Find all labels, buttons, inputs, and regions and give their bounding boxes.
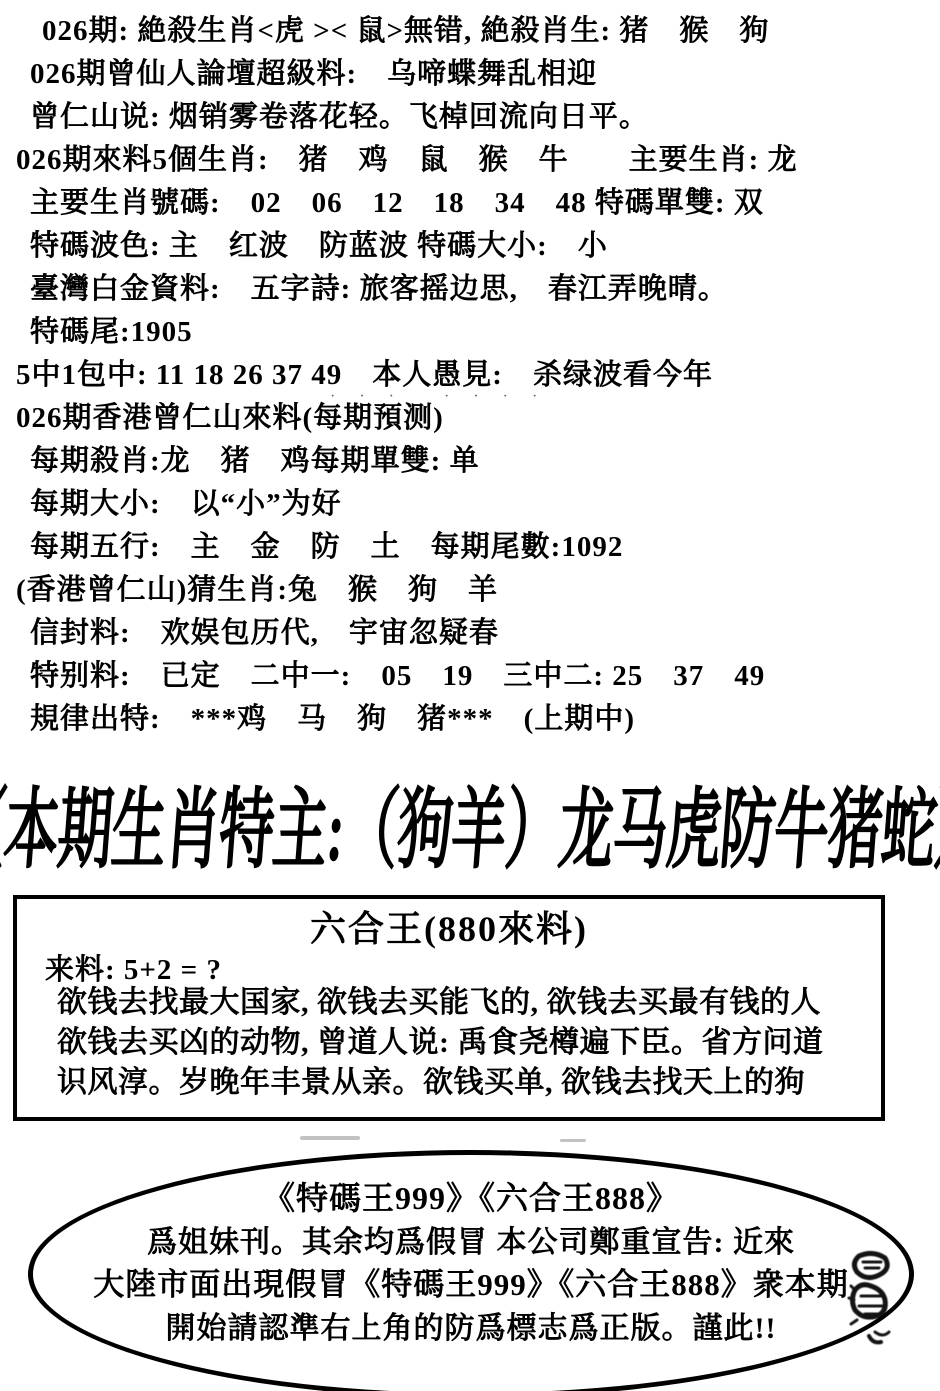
- prediction-lines: 026期: 絶殺生肖<虎 >< 鼠>無错, 絶殺肖生: 猪 猴 狗 026期曾仙…: [0, 10, 940, 741]
- zodiac-banner-text: 〈〈本期生肖特主:（狗羊）龙马虎防牛猪蛇〉〉: [0, 759, 940, 886]
- oval-notice-line: 開始請認準右上角的防爲標志爲正版。謹此!!: [33, 1303, 909, 1347]
- line-rule-special: 規律出特: ***鸡 马 狗 猪*** (上期中): [0, 698, 940, 741]
- seal-stamp-icon: [845, 1248, 903, 1352]
- oval-brands-line: 《特碼王999》《六合王888》: [33, 1173, 909, 1219]
- lottery-tip-sheet: 026期: 絶殺生肖<虎 >< 鼠>無错, 絶殺肖生: 猪 猴 狗 026期曾仙…: [0, 0, 940, 1391]
- line-guess-zodiac: (香港曾仁山)猜生肖:兔 猴 狗 羊: [0, 569, 940, 612]
- oval-notice-line: 大陸市面出現假冒《特碼王999》《六合王888》衆本期: [33, 1259, 909, 1304]
- line-main-numbers: 主要生肖號碼: 02 06 12 18 34 48 特碼單雙: 双: [0, 182, 940, 225]
- poem-line: 识风淳。岁晚年丰景从亲。欲钱买单, 欲钱去找天上的狗: [57, 1063, 857, 1103]
- emphasis-dots: · · · · · · ·: [330, 392, 547, 402]
- box-clue-formula: 来料: 5+2 = ?: [45, 947, 222, 988]
- oval-notice-line: 爲姐妹刊。其余均爲假冒 本公司鄭重宣告: 近來: [33, 1217, 909, 1261]
- line-special-material: 特别料: 已定 二中一: 05 19 三中二: 25 37 49: [0, 655, 940, 698]
- line-taiwan-poem: 臺灣白金資料: 五字詩: 旅客摇边思, 春江弄晚晴。: [0, 268, 940, 311]
- poem-line: 欲钱去找最大国家, 欲钱去买能飞的, 欲钱去买最有钱的人: [57, 983, 857, 1023]
- line-kill-per-issue: 每期殺肖:龙 猪 鸡每期單雙: 单: [0, 440, 940, 483]
- line-five-zodiac: 026期來料5個生肖: 猪 鸡 鼠 猴 牛 主要生肖: 龙: [0, 139, 940, 182]
- line-wave-color: 特碼波色: 主 红波 防蓝波 特碼大小: 小: [0, 225, 940, 268]
- line-envelope: 信封料: 欢娱包历代, 宇宙忽疑春: [0, 612, 940, 655]
- line-tail-number: 特碼尾:1905: [0, 311, 940, 354]
- scan-smudge: [560, 1139, 586, 1142]
- line-forum-super: 026期曾仙人論壇超級料: 乌啼蝶舞乱相迎: [0, 53, 940, 96]
- box-title: 六合王(880來料): [17, 901, 881, 952]
- liuhewang-880-box: 六合王(880來料) 来料: 5+2 = ? 欲钱去找最大国家, 欲钱去买能飞的…: [13, 895, 885, 1121]
- poem-line: 欲钱去买凶的动物, 曾道人说: 禹食尧樽遍下臣。省方问道: [57, 1023, 857, 1063]
- line-kill-zodiac: 026期: 絶殺生肖<虎 >< 鼠>無错, 絶殺肖生: 猪 猴 狗: [0, 10, 940, 53]
- line-five-elements: 每期五行: 主 金 防 土 每期尾數:1092: [0, 526, 940, 569]
- anti-counterfeit-oval: 《特碼王999》《六合王888》 爲姐妹刊。其余均爲假冒 本公司鄭重宣告: 近來…: [28, 1150, 914, 1391]
- scan-smudge: [300, 1136, 360, 1140]
- line-zeng-says: 曾仁山说: 烟销雾卷落花轻。飞棹回流向日平。: [0, 96, 940, 139]
- line-big-small: 每期大小: 以“小”为好: [0, 483, 940, 526]
- box-money-poem: 欲钱去找最大国家, 欲钱去买能飞的, 欲钱去买最有钱的人 欲钱去买凶的动物, 曾…: [57, 983, 857, 1103]
- zodiac-banner: 〈〈本期生肖特主:（狗羊）龙马虎防牛猪蛇〉〉: [0, 756, 940, 890]
